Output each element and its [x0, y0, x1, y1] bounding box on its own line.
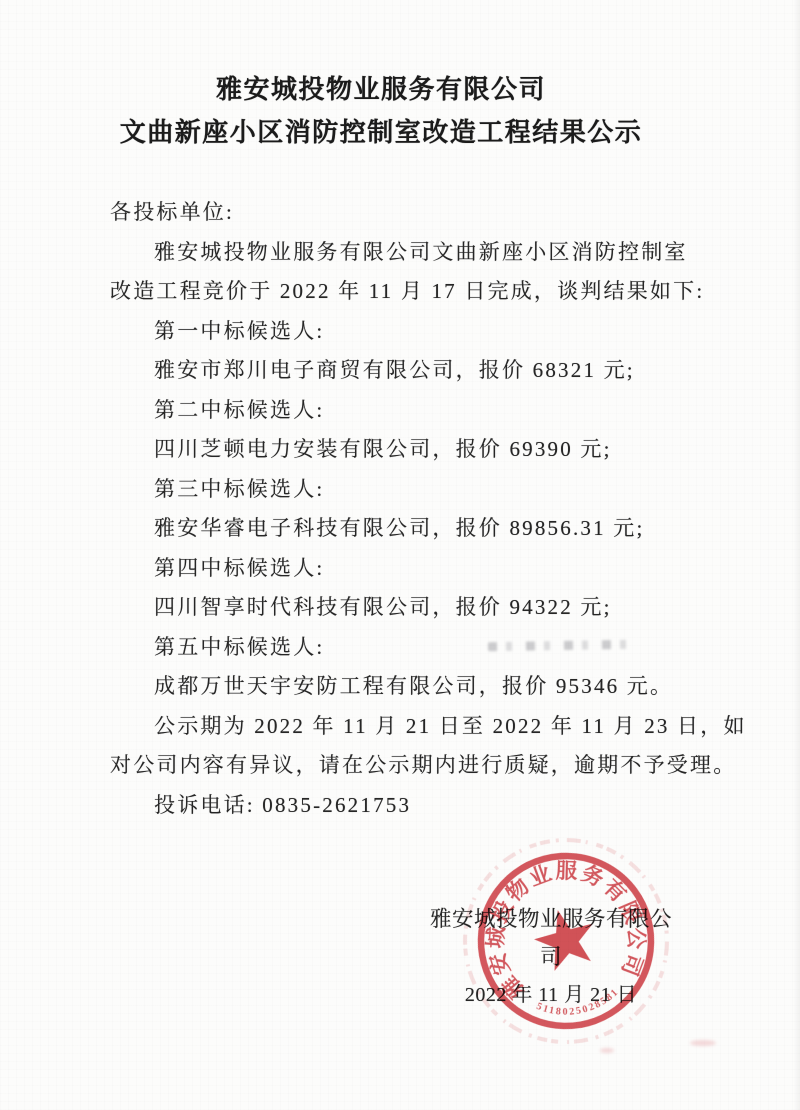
- star-icon: [528, 902, 602, 974]
- body-line: 雅安市郑川电子商贸有限公司，报价 68321 元;: [110, 351, 672, 391]
- body-line: 四川智享时代科技有限公司，报价 94322 元;: [110, 588, 672, 628]
- seal-serial-arc: [534, 983, 631, 1025]
- document-title: 雅安城投物业服务有限公司 文曲新座小区消防控制室改造工程结果公示: [0, 0, 762, 154]
- scan-edge-shadow: [793, 0, 800, 1110]
- body-line: 第一中标候选人:: [110, 312, 672, 352]
- body-line: 第四中标候选人:: [110, 549, 672, 589]
- body-line: 雅安城投物业服务有限公司文曲新座小区消防控制室: [110, 233, 672, 273]
- faded-text-smudge: [488, 639, 630, 650]
- ink-speckle: [690, 1040, 716, 1046]
- body-line: 公示期为 2022 年 11 月 21 日至 2022 年 11 月 23 日，…: [110, 707, 672, 747]
- body-line: 改造工程竞价于 2022 年 11 月 17 日完成，谈判结果如下:: [110, 272, 672, 312]
- body-line: 对公司内容有异议，请在公示期内进行质疑，逾期不予受理。: [110, 746, 672, 786]
- body-line: 第三中标候选人:: [110, 470, 672, 510]
- body-line: 四川芝顿电力安装有限公司，报价 69390 元;: [110, 430, 672, 470]
- title-line-2: 文曲新座小区消防控制室改造工程结果公示: [0, 111, 762, 154]
- title-line-1: 雅安城投物业服务有限公司: [0, 68, 762, 111]
- body-line: 第二中标候选人:: [110, 391, 672, 431]
- company-seal-stamp: 雅安城投物业服务有限公司 5118025028581: [429, 804, 703, 1078]
- body-line: 第五中标候选人:: [110, 628, 672, 668]
- seal-svg: 雅安城投物业服务有限公司 5118025028581: [429, 804, 703, 1078]
- body-line: 各投标单位:: [110, 193, 672, 233]
- body-line: 雅安华睿电子科技有限公司，报价 89856.31 元;: [110, 509, 672, 549]
- body-lines: 各投标单位:雅安城投物业服务有限公司文曲新座小区消防控制室改造工程竞价于 202…: [110, 193, 672, 825]
- ink-speckle: [600, 1048, 614, 1053]
- body-line: 成都万世天宇安防工程有限公司，报价 95346 元。: [110, 667, 672, 707]
